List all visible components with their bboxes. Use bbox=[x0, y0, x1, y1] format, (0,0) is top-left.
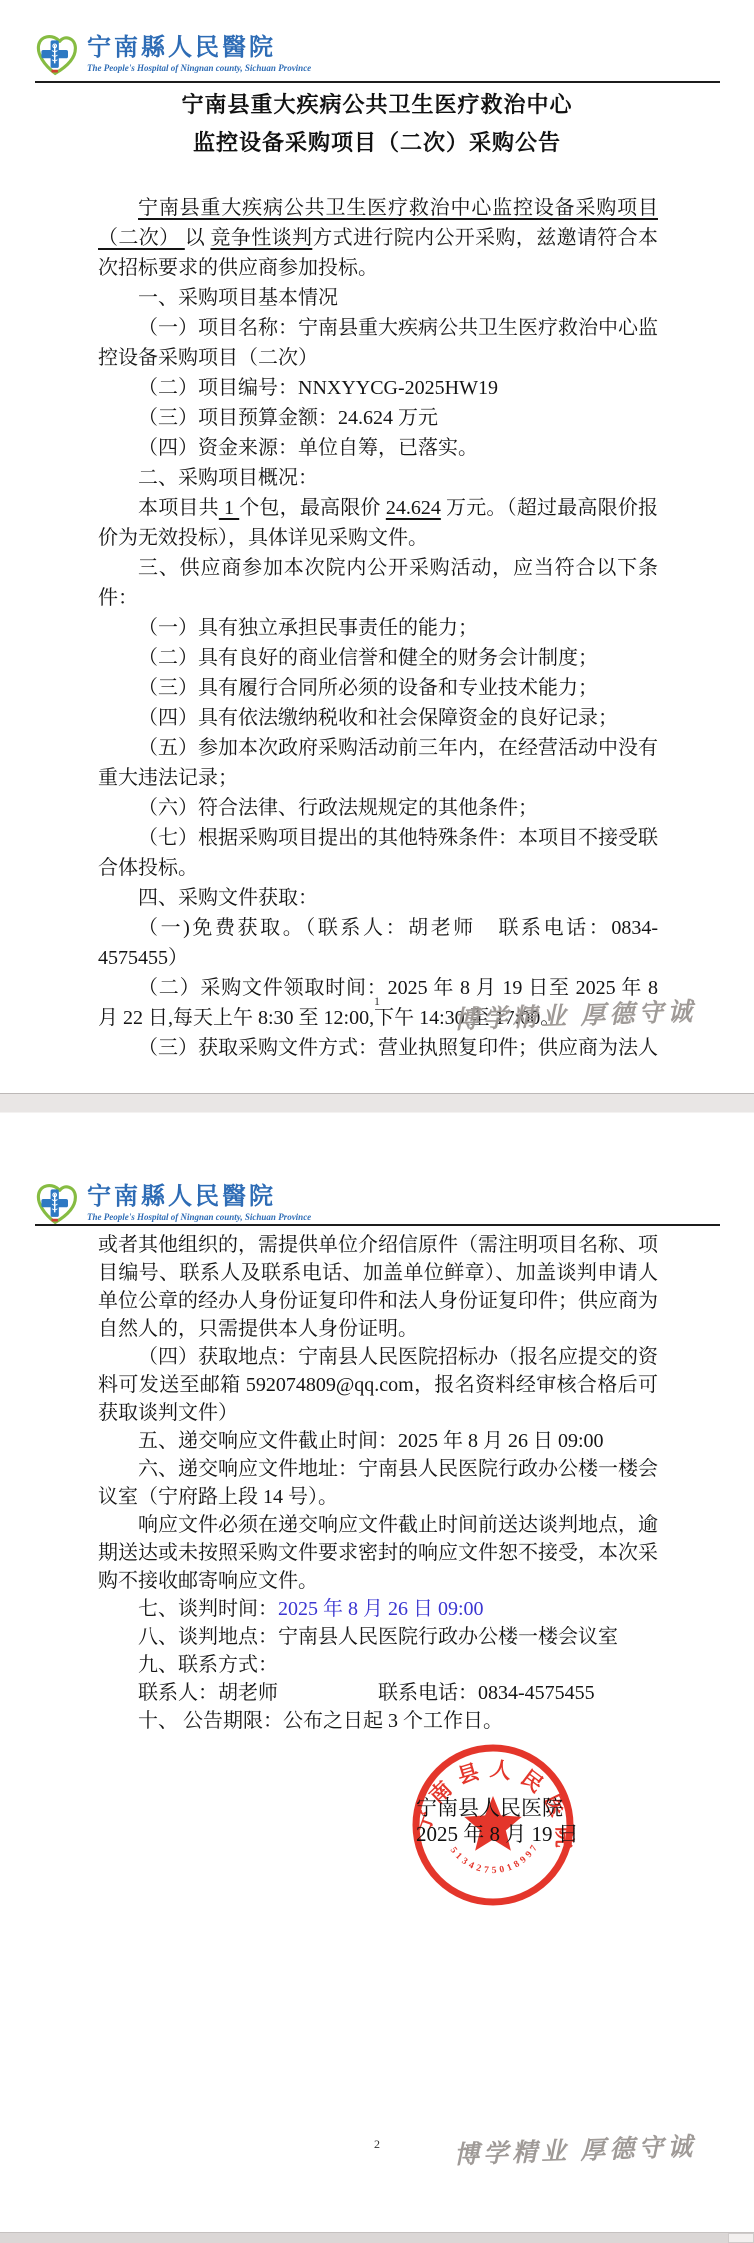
text-segment: （四）具有依法缴纳税收和社会保障资金的良好记录； bbox=[138, 707, 618, 729]
text-segment: 四、采购文件获取： bbox=[138, 887, 318, 909]
text-segment: 十、 公告期限：公布之日起 3 个工作日。 bbox=[138, 1710, 503, 1732]
text-segment: 或者其他组织的，需提供单位介绍信原件（需注明项目名称、项目编号、联系人及联系电话… bbox=[98, 1234, 658, 1340]
hospital-logo: 宁南縣人民醫院 The People's Hospital of Ningnan… bbox=[35, 34, 311, 78]
paragraph: （三）获取采购文件方式：营业执照复印件；供应商为法人 bbox=[98, 1033, 658, 1063]
text-segment: 六、递交响应文件地址：宁南县人民医院行政办公楼一楼会议室（宁府路上段 14 号）… bbox=[98, 1458, 658, 1508]
text-segment: 个包，最高限价 bbox=[239, 497, 386, 519]
header-divider bbox=[35, 81, 720, 83]
text-segment: 九、联系方式： bbox=[138, 1654, 278, 1676]
text-segment: （三）项目预算金额：24.624 万元 bbox=[138, 407, 438, 429]
text-segment: 24.624 bbox=[386, 497, 441, 519]
document-title: 宁南县重大疾病公共卫生医疗救治中心 监控设备采购项目（二次）采购公告 bbox=[0, 86, 754, 162]
viewer-corner-control[interactable] bbox=[728, 2233, 754, 2243]
paragraph: （七）根据采购项目提出的其他特殊条件：本项目不接受联合体投标。 bbox=[98, 823, 658, 883]
hospital-cross-heart-icon bbox=[35, 34, 79, 78]
hospital-tagline: The People's Hospital of Ningnan county,… bbox=[87, 1212, 311, 1223]
text-segment: （三）具有履行合同所必须的设备和专业技术能力； bbox=[138, 677, 598, 699]
text-segment: （三）获取采购文件方式：营业执照复印件；供应商为法人 bbox=[138, 1037, 658, 1059]
paragraph: 或者其他组织的，需提供单位介绍信原件（需注明项目名称、项目编号、联系人及联系电话… bbox=[98, 1231, 658, 1343]
title-line-2: 监控设备采购项目（二次）采购公告 bbox=[0, 124, 754, 162]
hospital-cross-heart-icon bbox=[35, 1183, 79, 1227]
text-segment: （二）项目编号：NNXYYCG-2025HW19 bbox=[138, 377, 498, 399]
title-line-1: 宁南县重大疾病公共卫生医疗救治中心 bbox=[0, 86, 754, 124]
paragraph: 九、联系方式： bbox=[98, 1651, 658, 1679]
text-segment: （一）项目名称：宁南县重大疾病公共卫生医疗救治中心监控设备采购项目（二次） bbox=[98, 317, 658, 369]
paragraph: 四、采购文件获取： bbox=[98, 883, 658, 913]
text-segment: 五、递交响应文件截止时间：2025 年 8 月 26 日 09:00 bbox=[138, 1430, 604, 1452]
document-page-2: 宁南縣人民醫院 The People's Hospital of Ningnan… bbox=[0, 1113, 754, 2232]
paragraph: 宁南县重大疾病公共卫生医疗救治中心监控设备采购项目（二次） 以 竞争性谈判方式进… bbox=[98, 193, 658, 283]
paragraph: 六、递交响应文件地址：宁南县人民医院行政办公楼一楼会议室（宁府路上段 14 号）… bbox=[98, 1455, 658, 1511]
text-segment: （六）符合法律、行政法规规定的其他条件； bbox=[138, 797, 538, 819]
text-segment: （一)免费获取。（联系人：胡老师 联系电话：0834-4575455） bbox=[98, 917, 658, 969]
page-gap bbox=[0, 1093, 754, 1113]
text-segment: 三、供应商参加本次院内公开采购活动，应当符合以下条件： bbox=[98, 557, 658, 609]
text-segment: 八、谈判地点：宁南县人民医院行政办公楼一楼会议室 bbox=[138, 1626, 618, 1648]
signature-date: 2025 年 8 月 19 日 bbox=[416, 1821, 579, 1847]
calligraphy-watermark: 博学精业 厚德守诚 bbox=[453, 2127, 696, 2171]
paragraph: 一、采购项目基本情况 bbox=[98, 283, 658, 313]
paragraph: 八、谈判地点：宁南县人民医院行政办公楼一楼会议室 bbox=[98, 1623, 658, 1651]
text-segment: （一）具有独立承担民事责任的能力； bbox=[138, 617, 478, 639]
hospital-logo: 宁南縣人民醫院 The People's Hospital of Ningnan… bbox=[35, 1183, 311, 1227]
paragraph: （一)免费获取。（联系人：胡老师 联系电话：0834-4575455） bbox=[98, 913, 658, 973]
document-viewer: 宁南縣人民醫院 The People's Hospital of Ningnan… bbox=[0, 0, 754, 2243]
text-segment: 响应文件必须在递交响应文件截止时间前送达谈判地点，逾期送达或未按照采购文件要求密… bbox=[98, 1514, 658, 1592]
paragraph: 七、谈判时间：2025 年 8 月 26 日 09:00 bbox=[98, 1595, 658, 1623]
paragraph: （四）获取地点：宁南县人民医院招标办（报名应提交的资料可发送至邮箱 592074… bbox=[98, 1343, 658, 1427]
paragraph: （二）具有良好的商业信誉和健全的财务会计制度； bbox=[98, 643, 658, 673]
text-segment: （四）资金来源：单位自筹，已落实。 bbox=[138, 437, 478, 459]
page2-body-text: 或者其他组织的，需提供单位介绍信原件（需注明项目名称、项目编号、联系人及联系电话… bbox=[98, 1231, 658, 1735]
signature-org: 宁南县人民医院 bbox=[416, 1795, 579, 1821]
paragraph: （五）参加本次政府采购活动前三年内，在经营活动中没有重大违法记录； bbox=[98, 733, 658, 793]
paragraph: 十、 公告期限：公布之日起 3 个工作日。 bbox=[98, 1707, 658, 1735]
paragraph: 三、供应商参加本次院内公开采购活动，应当符合以下条件： bbox=[98, 553, 658, 613]
text-segment: 以 bbox=[185, 227, 211, 249]
text-segment: 竞争性谈判 bbox=[211, 227, 313, 249]
paragraph: 二、采购项目概况： bbox=[98, 463, 658, 493]
hospital-name: 宁南縣人民醫院 bbox=[87, 34, 311, 62]
text-segment: （五）参加本次政府采购活动前三年内，在经营活动中没有重大违法记录； bbox=[98, 737, 658, 789]
text-segment: 一、采购项目基本情况 bbox=[138, 287, 338, 309]
horizontal-scrollbar[interactable] bbox=[0, 2232, 754, 2243]
text-segment: 1 bbox=[219, 497, 239, 519]
paragraph: 五、递交响应文件截止时间：2025 年 8 月 26 日 09:00 bbox=[98, 1427, 658, 1455]
text-segment: （七）根据采购项目提出的其他特殊条件：本项目不接受联合体投标。 bbox=[98, 827, 658, 879]
text-segment: 2025 年 8 月 26 日 09:00 bbox=[278, 1598, 484, 1620]
paragraph: （四）资金来源：单位自筹，已落实。 bbox=[98, 433, 658, 463]
paragraph: （二）项目编号：NNXYYCG-2025HW19 bbox=[98, 373, 658, 403]
text-segment: 七、谈判时间： bbox=[138, 1598, 278, 1620]
paragraph: 联系人：胡老师 联系电话：0834-4575455 bbox=[98, 1679, 658, 1707]
paragraph: （一）具有独立承担民事责任的能力； bbox=[98, 613, 658, 643]
page1-body-text: 宁南县重大疾病公共卫生医疗救治中心监控设备采购项目（二次） 以 竞争性谈判方式进… bbox=[98, 193, 658, 1063]
paragraph: （四）具有依法缴纳税收和社会保障资金的良好记录； bbox=[98, 703, 658, 733]
hospital-tagline: The People's Hospital of Ningnan county,… bbox=[87, 63, 311, 74]
header-divider bbox=[35, 1224, 720, 1226]
text-segment: 二、采购项目概况： bbox=[138, 467, 318, 489]
paragraph: （一）项目名称：宁南县重大疾病公共卫生医疗救治中心监控设备采购项目（二次） bbox=[98, 313, 658, 373]
signature-block: 宁南县人民医院 2025 年 8 月 19 日 bbox=[416, 1795, 579, 1847]
paragraph: 响应文件必须在递交响应文件截止时间前送达谈判地点，逾期送达或未按照采购文件要求密… bbox=[98, 1511, 658, 1595]
text-segment: 本项目共 bbox=[138, 497, 219, 519]
text-segment: （二）具有良好的商业信誉和健全的财务会计制度； bbox=[138, 647, 598, 669]
document-page-1: 宁南縣人民醫院 The People's Hospital of Ningnan… bbox=[0, 0, 754, 1093]
paragraph: （三）项目预算金额：24.624 万元 bbox=[98, 403, 658, 433]
paragraph: （三）具有履行合同所必须的设备和专业技术能力； bbox=[98, 673, 658, 703]
paragraph: （六）符合法律、行政法规规定的其他条件； bbox=[98, 793, 658, 823]
hospital-name: 宁南縣人民醫院 bbox=[87, 1183, 311, 1211]
text-segment: 联系人：胡老师 联系电话：0834-4575455 bbox=[138, 1682, 595, 1704]
paragraph: 本项目共 1 个包，最高限价 24.624 万元。（超过最高限价报价为无效投标）… bbox=[98, 493, 658, 553]
calligraphy-watermark: 博学精业 厚德守诚 bbox=[453, 992, 696, 1036]
text-segment: （四）获取地点：宁南县人民医院招标办（报名应提交的资料可发送至邮箱 592074… bbox=[98, 1346, 658, 1424]
